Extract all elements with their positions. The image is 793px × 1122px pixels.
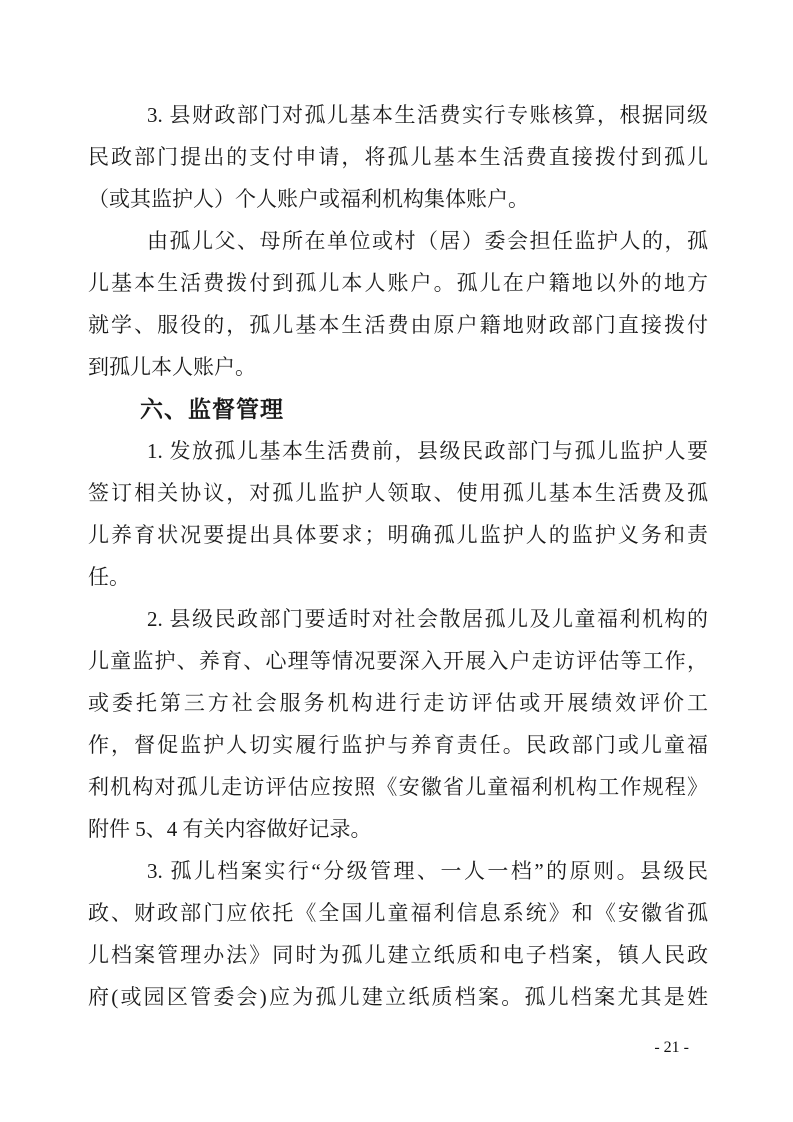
text-line: 签订相关协议，对孤儿监护人领取、使用孤儿基本生活费及孤 (88, 472, 708, 514)
paragraph: 1. 发放孤儿基本生活费前，县级民政部门与孤儿监护人要签订相关协议，对孤儿监护人… (88, 430, 708, 598)
text-line: 儿童监护、养育、心理等情况要深入开展入户走访评估等工作， (88, 640, 708, 682)
text-line: 任。 (88, 556, 708, 598)
text-line: （或其监护人）个人账户或福利机构集体账户。 (88, 178, 708, 220)
text-line: 3. 孤儿档案实行“分级管理、一人一档”的原则。县级民 (88, 850, 708, 892)
text-line: 或委托第三方社会服务机构进行走访评估或开展绩效评价工 (88, 682, 708, 724)
text-line: 由孤儿父、母所在单位或村（居）委会担任监护人的，孤 (88, 220, 708, 262)
text-line: 儿基本生活费拨付到孤儿本人账户。孤儿在户籍地以外的地方 (88, 262, 708, 304)
text-line: 附件 5、4 有关内容做好记录。 (88, 808, 708, 850)
page-footer: - 21 - (654, 1037, 689, 1059)
text-line: 儿档案管理办法》同时为孤儿建立纸质和电子档案，镇人民政 (88, 934, 708, 976)
text-line: 3. 县财政部门对孤儿基本生活费实行专账核算，根据同级 (88, 94, 708, 136)
section-heading: 六、监督管理 (88, 388, 708, 430)
paragraph: 3. 孤儿档案实行“分级管理、一人一档”的原则。县级民政、财政部门应依托《全国儿… (88, 850, 708, 1018)
text-line: 1. 发放孤儿基本生活费前，县级民政部门与孤儿监护人要 (88, 430, 708, 472)
text-line: 儿养育状况要提出具体要求；明确孤儿监护人的监护义务和责 (88, 514, 708, 556)
text-line: 2. 县级民政部门要适时对社会散居孤儿及儿童福利机构的 (88, 598, 708, 640)
paragraph: 3. 县财政部门对孤儿基本生活费实行专账核算，根据同级民政部门提出的支付申请，将… (88, 94, 708, 220)
section: 六、监督管理 (88, 388, 708, 430)
document-body: 3. 县财政部门对孤儿基本生活费实行专账核算，根据同级民政部门提出的支付申请，将… (88, 94, 708, 1018)
text-line: 府(或园区管委会)应为孤儿建立纸质档案。孤儿档案尤其是姓 (88, 976, 708, 1018)
page-number: - 21 - (654, 1039, 689, 1056)
paragraph: 由孤儿父、母所在单位或村（居）委会担任监护人的，孤儿基本生活费拨付到孤儿本人账户… (88, 220, 708, 388)
paragraph: 2. 县级民政部门要适时对社会散居孤儿及儿童福利机构的儿童监护、养育、心理等情况… (88, 598, 708, 850)
text-line: 民政部门提出的支付申请，将孤儿基本生活费直接拨付到孤儿 (88, 136, 708, 178)
text-line: 政、财政部门应依托《全国儿童福利信息系统》和《安徽省孤 (88, 892, 708, 934)
text-line: 就学、服役的，孤儿基本生活费由原户籍地财政部门直接拨付 (88, 304, 708, 346)
document-page: 3. 县财政部门对孤儿基本生活费实行专账核算，根据同级民政部门提出的支付申请，将… (0, 0, 793, 1122)
text-line: 到孤儿本人账户。 (88, 346, 708, 388)
text-line: 利机构对孤儿走访评估应按照《安徽省儿童福利机构工作规程》 (88, 766, 708, 808)
text-line: 作，督促监护人切实履行监护与养育责任。民政部门或儿童福 (88, 724, 708, 766)
